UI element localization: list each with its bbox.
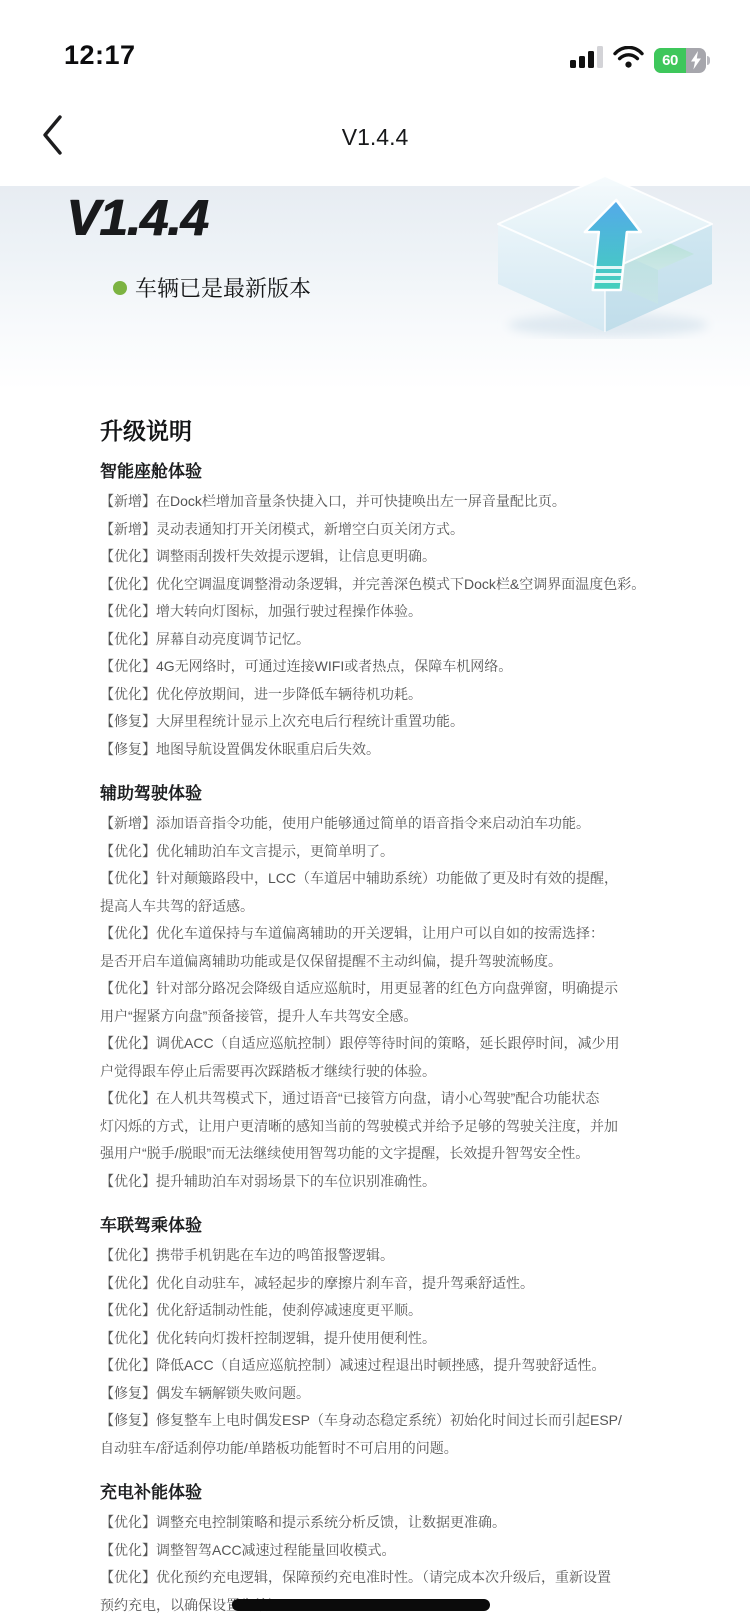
chevron-left-icon (42, 114, 64, 161)
notes-section-0: 智能座舱体验【新增】在Dock栏增加音量条快捷入口，并可快捷唤出左一屏音量配比页… (100, 458, 720, 763)
bolt-icon (690, 51, 702, 73)
back-button[interactable] (36, 114, 70, 160)
release-note-item: 【优化】增大转向灯图标，加强行驶过程操作体验。 (100, 598, 720, 626)
release-note-item: 【优化】优化自动驻车，减轻起步的摩擦片刹车音，提升驾乘舒适性。 (100, 1270, 720, 1298)
release-note-item: 【优化】调整智驾ACC减速过程能量回收模式。 (100, 1537, 720, 1565)
status-dot-icon (113, 281, 127, 295)
release-note-item: 【新增】添加语音指令功能，使用户能够通过简单的语音指令来启动泊车功能。 (100, 810, 720, 838)
hero-banner: V1.4.4 车辆已是最新版本 (0, 186, 750, 390)
version-status-text: 车辆已是最新版本 (135, 272, 311, 303)
release-note-item: 【优化】调整雨刮拨杆失效提示逻辑，让信息更明确。 (100, 543, 720, 571)
release-note-item: 【优化】针对颠簸路段中，LCC（车道居中辅助系统）功能做了更及时有效的提醒， 提… (100, 865, 720, 920)
release-note-item: 【优化】降低ACC（自适应巡航控制）减速过程退出时顿挫感，提升驾驶舒适性。 (100, 1352, 720, 1380)
nav-bar: V1.4.4 (0, 88, 750, 186)
release-note-item: 【修复】偶发车辆解锁失败问题。 (100, 1380, 720, 1408)
phone-screen: 12:17 60 (0, 0, 750, 1624)
release-note-item: 【优化】优化空调温度调整滑动条逻辑，并完善深色模式下Dock栏&空调界面温度色彩… (100, 571, 720, 599)
cellular-signal-icon (570, 46, 603, 74)
release-note-item: 【优化】针对部分路况会降级自适应巡航时，用更显著的红色方向盘弹窗，明确提示 用户… (100, 975, 720, 1030)
release-note-item: 【优化】调整充电控制策略和提示系统分析反馈，让数据更准确。 (100, 1509, 720, 1537)
status-time: 12:17 (64, 40, 136, 71)
page-title: V1.4.4 (342, 124, 409, 151)
section-heading: 辅助驾驶体验 (100, 780, 720, 808)
release-note-item: 【优化】在人机共驾模式下，通过语音“已接管方向盘，请小心驾驶”配合功能状态 灯闪… (100, 1085, 720, 1168)
section-heading: 充电补能体验 (100, 1479, 720, 1507)
release-note-item: 【优化】优化转向灯拨杆控制逻辑，提升使用便利性。 (100, 1325, 720, 1353)
battery-charging-icon: 60 (654, 48, 710, 73)
section-heading: 智能座舱体验 (100, 458, 720, 486)
wifi-icon (613, 46, 644, 74)
release-note-item: 【新增】灵动表通知打开关闭模式，新增空白页关闭方式。 (100, 516, 720, 544)
release-note-item: 【修复】大屏里程统计显示上次充电后行程统计重置功能。 (100, 708, 720, 736)
section-heading: 车联驾乘体验 (100, 1212, 720, 1240)
version-display: V1.4.4 (66, 188, 207, 247)
release-note-item: 【修复】修复整车上电时偶发ESP（车身动态稳定系统）初始化时间过长而引起ESP/… (100, 1407, 720, 1462)
release-note-item: 【新增】在Dock栏增加音量条快捷入口，并可快捷唤出左一屏音量配比页。 (100, 488, 720, 516)
notes-title: 升级说明 (100, 416, 720, 446)
notes-sections: 智能座舱体验【新增】在Dock栏增加音量条快捷入口，并可快捷唤出左一屏音量配比页… (100, 458, 720, 1619)
notes-section-1: 辅助驾驶体验【新增】添加语音指令功能，使用户能够通过简单的语音指令来启动泊车功能… (100, 780, 720, 1195)
battery-percent: 60 (662, 52, 678, 69)
release-note-item: 【优化】优化停放期间，进一步降低车辆待机功耗。 (100, 681, 720, 709)
notes-section-2: 车联驾乘体验【优化】携带手机钥匙在车边的鸣笛报警逻辑。【优化】优化自动驻车，减轻… (100, 1212, 720, 1462)
release-note-item: 【优化】提升辅助泊车对弱场景下的车位识别准确性。 (100, 1168, 720, 1196)
release-notes[interactable]: 升级说明 智能座舱体验【新增】在Dock栏增加音量条快捷入口，并可快捷唤出左一屏… (0, 390, 750, 1619)
release-note-item: 【优化】优化辅助泊车文言提示，更简单明了。 (100, 838, 720, 866)
release-note-item: 【优化】优化舒适制动性能，使刹停减速度更平顺。 (100, 1297, 720, 1325)
status-icons: 60 (570, 46, 710, 74)
release-note-item: 【优化】4G无网络时，可通过连接WIFI或者热点，保障车机网络。 (100, 653, 720, 681)
release-note-item: 【优化】屏幕自动亮度调节记忆。 (100, 626, 720, 654)
release-note-item: 【优化】调优ACC（自适应巡航控制）跟停等待时间的策略，延长跟停时间，减少用 户… (100, 1030, 720, 1085)
upgrade-cube-illustration (480, 174, 730, 339)
home-indicator[interactable] (232, 1599, 490, 1611)
release-note-item: 【优化】携带手机钥匙在车边的鸣笛报警逻辑。 (100, 1242, 720, 1270)
notes-section-3: 充电补能体验【优化】调整充电控制策略和提示系统分析反馈，让数据更准确。【优化】调… (100, 1479, 720, 1619)
version-status: 车辆已是最新版本 (113, 272, 311, 303)
status-bar: 12:17 60 (0, 0, 750, 88)
release-note-item: 【优化】优化车道保持与车道偏离辅助的开关逻辑，让用户可以自如的按需选择： 是否开… (100, 920, 720, 975)
release-note-item: 【修复】地图导航设置偶发休眠重启后失效。 (100, 736, 720, 764)
